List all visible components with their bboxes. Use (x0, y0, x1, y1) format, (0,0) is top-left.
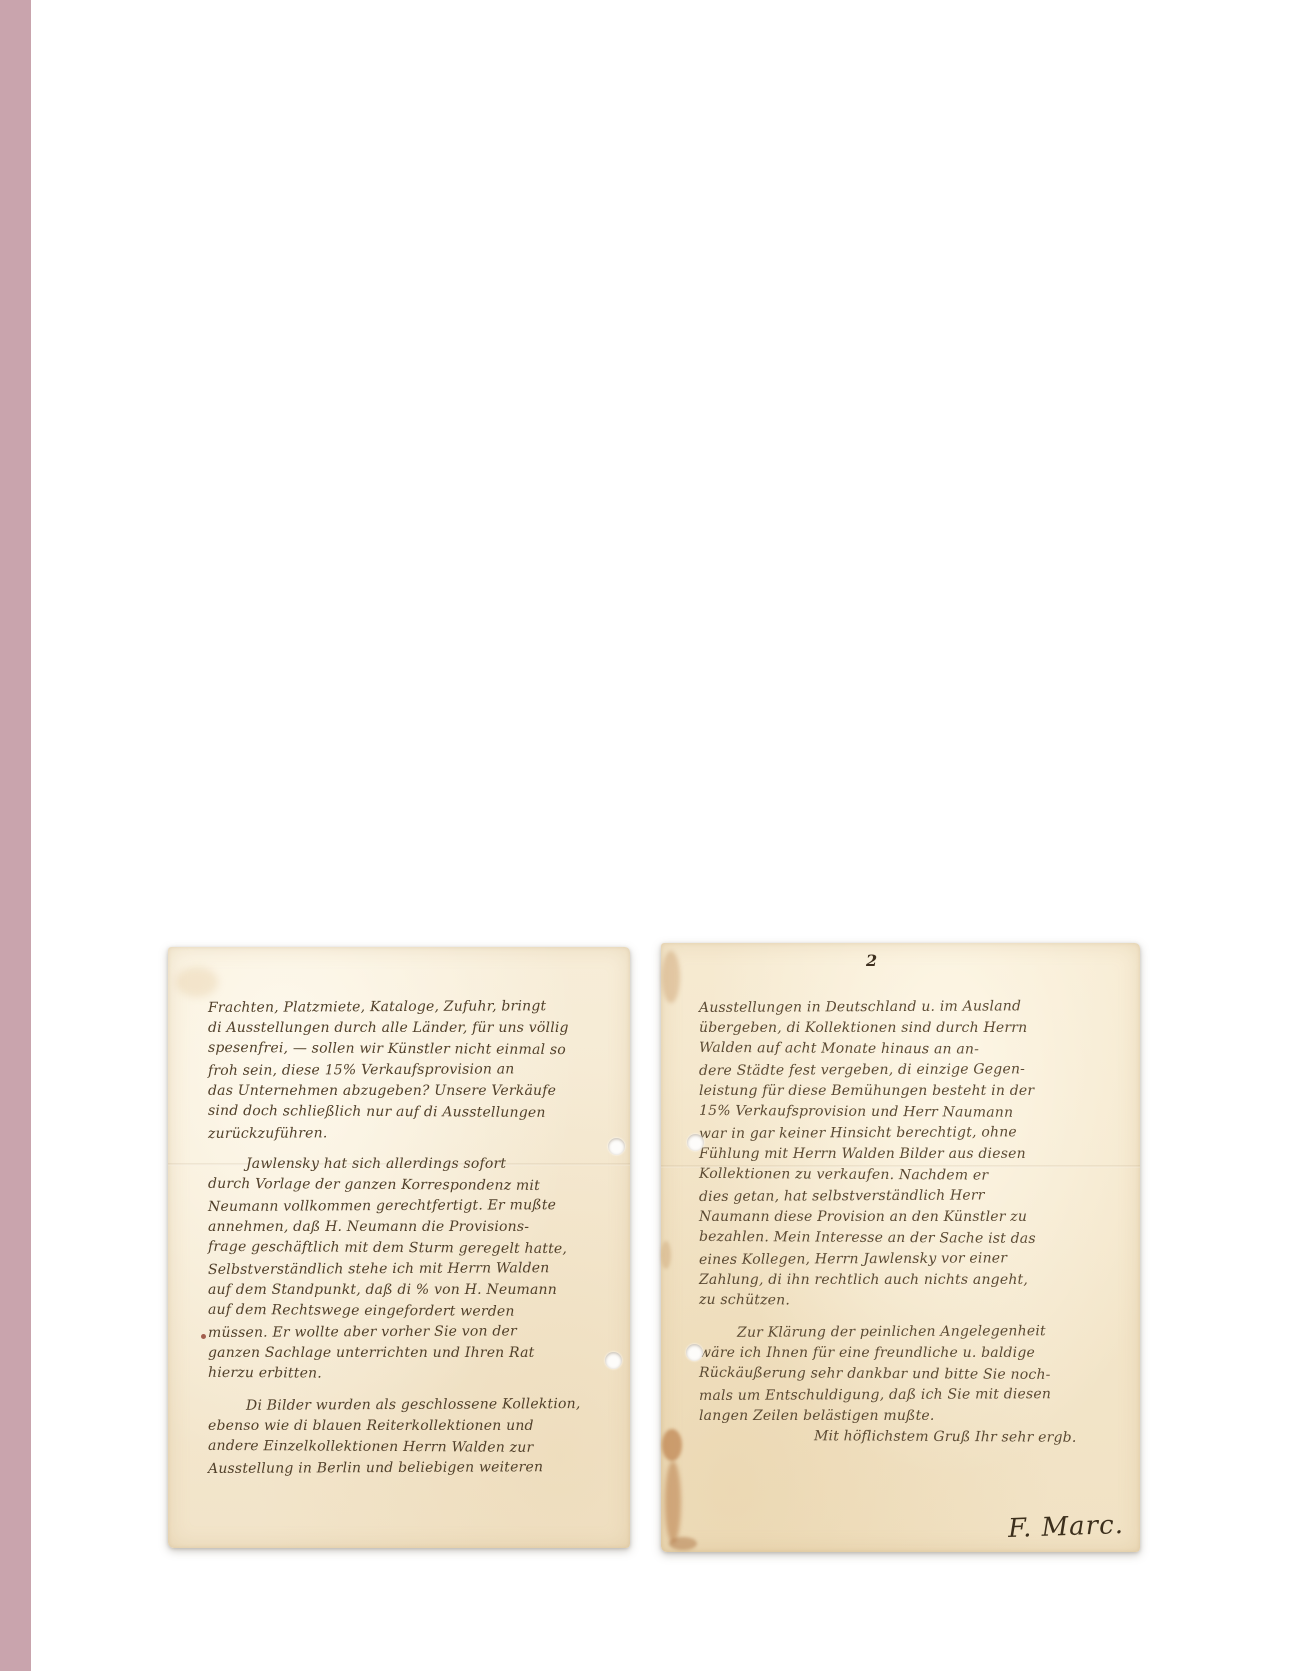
signature-f-marc: F. Marc. (1008, 1510, 1125, 1544)
handwritten-line: Naumann diese Provision an den Künstler … (699, 1207, 1077, 1228)
handwritten-text-block: Frachten, Platzmiete, Kataloge, Zufuhr, … (208, 997, 581, 1479)
handwritten-line: übergeben, di Kollektionen sind durch He… (699, 1018, 1077, 1039)
page-number: 2 (866, 951, 877, 970)
hole-punch (687, 1134, 704, 1151)
handwritten-line: Fühlung mit Herrn Walden Bilder aus dies… (699, 1144, 1077, 1165)
closing-salutation: Mit höflichstem Gruß Ihr sehr ergb. (814, 1426, 1077, 1449)
handwritten-line: müssen. Er wollte aber vorher Sie von de… (208, 1321, 581, 1344)
foxing-stain (665, 1461, 681, 1543)
handwritten-line: spesenfrei, — sollen wir Künstler nicht … (208, 1038, 581, 1061)
hole-punch (686, 1344, 703, 1361)
handwritten-line: Ausstellungen in Deutschland u. im Ausla… (699, 996, 1077, 1019)
handwritten-line: zu schützen. (699, 1290, 1077, 1313)
left-accent-stripe (0, 0, 31, 1671)
handwritten-line: ebenso wie di blauen Reiterkollektionen … (208, 1416, 581, 1437)
handwritten-line: eines Kollegen, Herrn Jawlensky vor eine… (699, 1248, 1077, 1271)
handwritten-line: ganzen Sachlage unterrichten und Ihren R… (208, 1343, 581, 1364)
handwritten-line: di Ausstellungen durch alle Länder, für … (208, 1018, 581, 1039)
handwritten-line: auf dem Rechtswege eingefordert werden (208, 1300, 581, 1323)
foxing-stain (662, 951, 680, 1003)
handwritten-line: durch Vorlage der ganzen Korrespondenz m… (208, 1174, 581, 1197)
handwritten-line: Selbstverständlich stehe ich mit Herrn W… (208, 1258, 581, 1281)
handwritten-line: dies getan, hat selbstverständlich Herr (699, 1185, 1077, 1208)
handwritten-line: hierzu erbitten. (208, 1363, 581, 1386)
handwritten-line: Walden auf acht Monate hinaus an an- (699, 1038, 1077, 1061)
foxing-stain (662, 1429, 682, 1461)
handwritten-line: leistung für diese Bemühungen besteht in… (699, 1081, 1077, 1102)
photo-canvas: Frachten, Platzmiete, Kataloge, Zufuhr, … (0, 0, 1301, 1671)
handwritten-line: zurückzuführen. (208, 1122, 581, 1145)
handwritten-line: Zur Klärung der peinlichen Angelegenheit (699, 1321, 1077, 1344)
handwritten-line: Kollektionen zu verkaufen. Nachdem er (699, 1164, 1077, 1187)
foxing-stain (176, 967, 218, 997)
handwritten-line: Jawlensky hat sich allerdings sofort (208, 1154, 581, 1175)
handwritten-line: Ausstellung in Berlin und beliebigen wei… (208, 1457, 581, 1480)
letter-page-2: 2 Ausstellungen in Deutschland u. im Aus… (661, 943, 1140, 1552)
handwritten-text-block: Ausstellungen in Deutschland u. im Ausla… (699, 997, 1077, 1448)
hole-punch (608, 1138, 625, 1155)
handwritten-line: Frachten, Platzmiete, Kataloge, Zufuhr, … (208, 996, 581, 1019)
handwritten-line: andere Einzelkollektionen Herrn Walden z… (208, 1436, 581, 1459)
handwritten-line: Di Bilder wurden als geschlossene Kollek… (208, 1394, 581, 1417)
handwritten-line: Zahlung, di ihn rechtlich auch nichts an… (699, 1270, 1077, 1291)
handwritten-line: langen Zeilen belästigen mußte. (699, 1406, 1077, 1427)
handwritten-line: Rückäußerung sehr dankbar und bitte Sie … (699, 1363, 1077, 1386)
handwritten-line: sind doch schließlich nur auf di Ausstel… (208, 1101, 581, 1124)
handwritten-line: mals um Entschuldigung, daß ich Sie mit … (699, 1384, 1077, 1407)
handwritten-line: 15% Verkaufsprovision und Herr Naumann (699, 1101, 1077, 1124)
letter-page-1: Frachten, Platzmiete, Kataloge, Zufuhr, … (168, 947, 630, 1548)
handwritten-line: frage geschäftlich mit dem Sturm geregel… (208, 1237, 581, 1260)
handwritten-line: bezahlen. Mein Interesse an der Sache is… (699, 1227, 1077, 1250)
handwritten-line: wäre ich Ihnen für eine freundliche u. b… (699, 1343, 1077, 1364)
handwritten-line: dere Städte fest vergeben, di einzige Ge… (699, 1059, 1077, 1082)
handwritten-line: froh sein, diese 15% Verkaufsprovision a… (208, 1059, 581, 1082)
handwritten-line: Neumann vollkommen gerechtfertigt. Er mu… (208, 1195, 581, 1218)
foxing-stain (669, 1537, 697, 1550)
handwritten-line: annehmen, daß H. Neumann die Provisions- (208, 1217, 581, 1238)
handwritten-line: das Unternehmen abzugeben? Unsere Verkäu… (208, 1081, 581, 1102)
handwritten-line: war in gar keiner Hinsicht berechtigt, o… (699, 1122, 1077, 1145)
foxing-stain (661, 1241, 671, 1269)
hole-punch (605, 1352, 622, 1369)
ink-spot (201, 1334, 206, 1339)
handwritten-line: auf dem Standpunkt, daß di % von H. Neum… (208, 1280, 581, 1301)
